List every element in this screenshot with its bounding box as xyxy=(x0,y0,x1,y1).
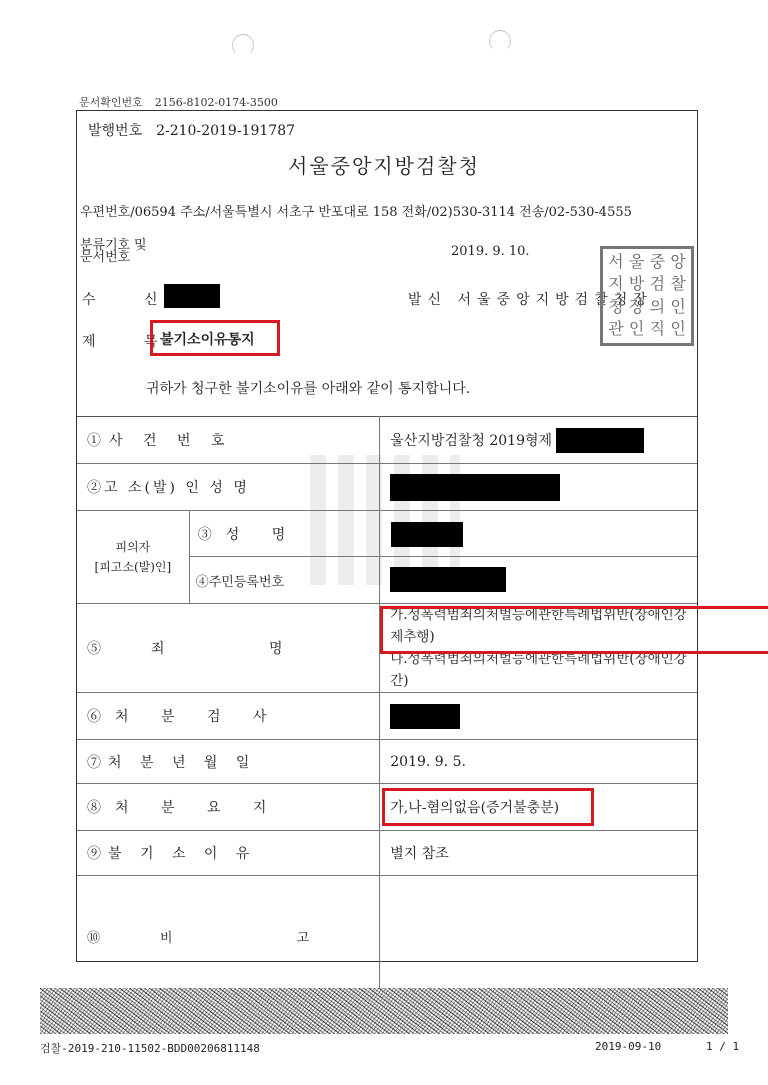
footer-document-id: 검찰-2019-210-11502-BDD00206811148 xyxy=(40,1040,260,1056)
punch-hole xyxy=(489,30,511,52)
table-row: ⑨불 기 소 이 유 별지 참조 xyxy=(77,831,697,876)
suspect-id-value xyxy=(380,557,697,604)
seal-glyph: 울 xyxy=(627,252,647,273)
suspect-id-label: ④주민등록번호 xyxy=(189,557,380,604)
suspect-label-2: [피고소(발)인] xyxy=(77,557,189,577)
issue-number: 발행번호2-210-2019-191787 xyxy=(88,120,295,140)
seal-glyph: 장 xyxy=(627,297,647,318)
prosecutor-value xyxy=(380,693,697,740)
charges-highlight xyxy=(380,606,768,654)
disposition-date-value: 2019. 9. 5. xyxy=(380,740,697,784)
recipient-redaction xyxy=(164,284,220,308)
issue-label: 발행번호 xyxy=(88,123,142,139)
table-row: ⑤죄 명 가.성폭력범죄의처벌등에관한특례법위반(장애인강제추행) 나.성폭력범… xyxy=(77,604,697,693)
table-row: ⑦처 분 년 월 일 2019. 9. 5. xyxy=(77,740,697,784)
suspect-group-label: 피의자 [피고소(발)인] xyxy=(77,511,189,604)
classification-and: 및 xyxy=(134,240,147,252)
case-number-label: ①사 건 번 호 xyxy=(77,417,380,464)
footer-date: 2019-09-10 xyxy=(595,1040,661,1053)
seal-glyph: 검 xyxy=(648,274,668,295)
complainant-label: ②고 소(발) 인 성 명 xyxy=(77,464,380,511)
charges-label: ⑤죄 명 xyxy=(77,604,380,693)
charges-value: 가.성폭력범죄의처벌등에관한특례법위반(장애인강제추행) 나.성폭력범죄의처벌등… xyxy=(380,604,697,693)
table-row: ⑥처 분 검 사 xyxy=(77,693,697,740)
complainant-redaction xyxy=(390,474,560,501)
seal-glyph: 인 xyxy=(668,297,688,318)
remarks-value xyxy=(380,876,697,997)
seal-glyph: 관 xyxy=(606,319,626,340)
table-row: ⑩비 고 xyxy=(77,876,697,997)
disposition-summary-value: 가,나-혐의없음(증거불충분) xyxy=(380,784,697,831)
document-confirm-number: 문서확인번호2156-8102-0174-3500 xyxy=(79,94,278,110)
issue-value: 2-210-2019-191787 xyxy=(156,123,295,139)
seal-glyph: 방 xyxy=(627,274,647,295)
agency-title: 서울중앙지방검찰청 xyxy=(0,150,768,179)
seal-glyph: 중 xyxy=(648,252,668,273)
summary-highlight xyxy=(382,788,594,826)
seal-glyph: 서 xyxy=(606,252,626,273)
case-number-text: 울산지방검찰청 2019형제 xyxy=(390,433,552,449)
prosecutor-redaction xyxy=(390,704,460,729)
table-row: ①사 건 번 호 울산지방검찰청 2019형제 xyxy=(77,417,697,464)
issue-date: 2019. 9. 10. xyxy=(451,244,530,259)
seal-glyph: 청 xyxy=(606,297,626,318)
charge-item: 나.성폭력범죄의처벌등에관한특례법위반(장애인강간) xyxy=(390,648,687,692)
seal-glyph: 지 xyxy=(606,274,626,295)
table-row: 피의자 [피고소(발)인] ③성 명 xyxy=(77,511,697,557)
suspect-name-value xyxy=(380,511,697,557)
official-seal: 서울중앙지방검찰청장의인관인직인 xyxy=(600,246,694,346)
seal-glyph: 직 xyxy=(648,319,668,340)
suspect-label-1: 피의자 xyxy=(77,537,189,557)
disposition-date-label: ⑦처 분 년 월 일 xyxy=(77,740,380,784)
suspect-name-label: ③성 명 xyxy=(189,511,380,557)
suspect-name-redaction xyxy=(391,522,463,547)
complainant-value xyxy=(380,464,697,511)
notice-table: ①사 건 번 호 울산지방검찰청 2019형제 ②고 소(발) 인 성 명 피의… xyxy=(77,416,697,997)
prosecutor-label: ⑥처 분 검 사 xyxy=(77,693,380,740)
suspect-id-redaction xyxy=(390,567,506,592)
reason-label: ⑨불 기 소 이 유 xyxy=(77,831,380,876)
seal-glyph: 인 xyxy=(668,319,688,340)
agency-address: 우편번호/06594 주소/서울특별시 서초구 반포대로 158 전화/02)5… xyxy=(80,201,632,220)
confirm-number: 2156-8102-0174-3500 xyxy=(155,96,278,109)
seal-glyph: 의 xyxy=(648,297,668,318)
security-pattern xyxy=(40,988,728,1034)
table-row: ⑧처 분 요 지 가,나-혐의없음(증거불충분) xyxy=(77,784,697,831)
seal-glyph: 찰 xyxy=(668,274,688,295)
footer-page-number: 1 / 1 xyxy=(706,1040,739,1053)
confirm-label: 문서확인번호 xyxy=(79,96,143,109)
disposition-summary-label: ⑧처 분 요 지 xyxy=(77,784,380,831)
remarks-label: ⑩비 고 xyxy=(77,876,380,997)
table-row: ②고 소(발) 인 성 명 xyxy=(77,464,697,511)
reason-value: 별지 참조 xyxy=(380,831,697,876)
punch-hole xyxy=(232,34,254,56)
classification-label: 분류기호 문서번호 및 xyxy=(80,240,130,264)
classification-line-2: 문서번호 xyxy=(80,252,130,264)
notice-text: 귀하가 청구한 불기소이유를 아래와 같이 통지합니다. xyxy=(146,378,470,398)
case-number-value: 울산지방검찰청 2019형제 xyxy=(380,417,697,464)
seal-glyph: 앙 xyxy=(668,252,688,273)
subject-value: 불기소이유통지 xyxy=(160,329,255,349)
case-number-redaction xyxy=(556,428,644,453)
seal-glyph: 인 xyxy=(627,319,647,340)
